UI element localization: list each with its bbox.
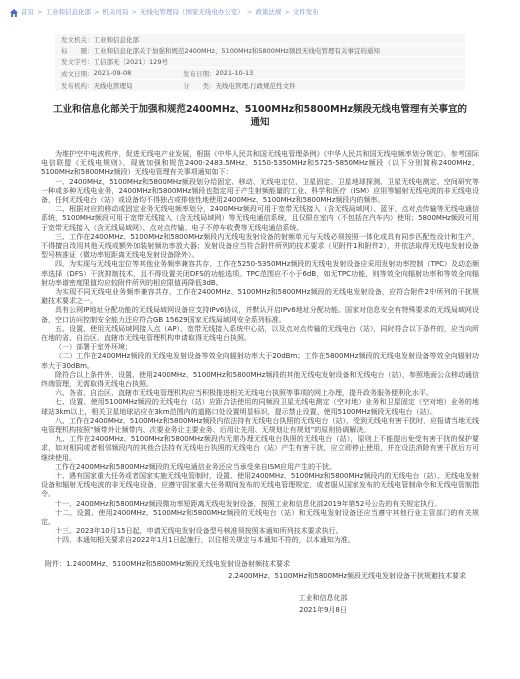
breadcrumb-item-home[interactable]: 首页 [21, 8, 34, 17]
breadcrumb-separator: > [131, 8, 136, 17]
paragraph: 一、2400MHz、5100MHz和5800MHz频段划分给固定、移动、无线电定… [41, 178, 479, 206]
paragraph: 八、工作在2400MHz、5100MHz和5800MHz频段内依法持有无线电台执… [41, 417, 479, 435]
signature-issuer: 工业和信息化部 [243, 592, 403, 604]
meta-value: 工信部无〔2021〕129号 [94, 57, 168, 66]
meta-value: 2021-09-08 [94, 69, 132, 78]
paragraph: （二）工作在2400MHz频段的无线电发射设备等效全向辐射功率大于20dBm；工… [41, 352, 479, 370]
paragraph: 为实现不同无线电业务频率兼容共存，工作在2400MHz、5100MHz和5800… [41, 288, 479, 306]
attachment-2: 2.2400MHz、5100MHz和5800MHz频段无线电发射设备干扰规避技术… [228, 572, 479, 581]
meta-label: 成文日期： [61, 69, 94, 78]
meta-row-issuing-agency: 发文机关： 工业和信息化部 [55, 34, 465, 45]
paragraph: 工作在2400MHz和5800MHz频段的无线电通信业务还应当承受来自ISM应用… [41, 463, 479, 472]
breadcrumb-separator: > [247, 8, 252, 17]
breadcrumb: 首页 > 工业和信息化部 > 机关司局 > 无线电管理局（国家无线电办公室） >… [0, 0, 520, 17]
meta-value: 无线电管理,行政规范性文件 [216, 81, 296, 90]
breadcrumb-item-policies[interactable]: 政策法规 [255, 8, 281, 17]
breadcrumb-item-departments[interactable]: 机关司局 [102, 8, 128, 17]
meta-value: 2021-10-13 [216, 69, 254, 78]
paragraph: 除符合以上条件外，设置、使用2400MHz、5100MHz和5800MHz频段的… [41, 371, 479, 389]
attachment-1: 附件：1.2400MHz、5100MHz和5800MHz频段无线电发射设备射频技… [41, 560, 479, 569]
meta-label: 标 题： [61, 46, 94, 55]
breadcrumb-separator: > [284, 8, 289, 17]
meta-label: 分 类： [183, 81, 216, 90]
attachments: 附件：1.2400MHz、5100MHz和5800MHz频段无线电发射设备射频技… [41, 560, 479, 581]
signature-block: 工业和信息化部 2021年9月8日 [243, 592, 403, 616]
meta-value: 工业和信息化部关于加强和规范2400MHz、5100MHz和5800MHz频段无… [94, 46, 380, 55]
paragraph: 四、为实现与无线电定位等其他业务频率兼容共存，工作在5250-5350MHz频段… [41, 260, 479, 288]
meta-label: 发文字号： [61, 57, 94, 66]
document-title: 工业和信息化部关于加强和规范2400MHz、5100MHz和5800MHz频段无… [49, 103, 471, 129]
paragraph: 九、工作在2400MHz、5100MHz和5800MHz频段内无需办理无线电台执… [41, 435, 479, 463]
meta-value: 无线电管理局 [94, 81, 133, 90]
home-icon[interactable] [10, 9, 18, 17]
breadcrumb-item-radio-bureau[interactable]: 无线电管理局（国家无线电办公室） [140, 8, 244, 17]
breadcrumb-item-document-release[interactable]: 文件发布 [293, 8, 319, 17]
meta-row-title: 标 题： 工业和信息化部关于加强和规范2400MHz、5100MHz和5800M… [55, 45, 465, 56]
paragraph: 三、工作在2400MHz、5100MHz和5800MHz频段内无线电发射设备的射… [41, 233, 479, 261]
breadcrumb-separator: > [94, 8, 99, 17]
paragraph: 具有公网IP地址分配功能的无线局域网设备应支持IPv6协议，并默认开启IPv6地… [41, 306, 479, 324]
meta-row-dates: 成文日期： 2021-09-08 发布日期： 2021-10-13 [55, 68, 465, 79]
breadcrumb-item-miit[interactable]: 工业和信息化部 [45, 8, 91, 17]
meta-label: 发文机关： [61, 35, 94, 44]
paragraph: 二、根据对应的移动或固定业务无线电频率划分，2400MHz频段可用于宽带无线接入… [41, 205, 479, 233]
paragraph: 七、设置、使用5100MHz频段的无线电台（站）应距合法使用的同频段卫星无线电测… [41, 398, 479, 416]
meta-label: 发布机构： [61, 81, 94, 90]
paragraph: 五、设置、使用无线局域网接入点（AP）、宽带无线接入系统中心站，以及点对点传输的… [41, 325, 479, 343]
paragraph: 十二、设置、使用2400MHz、5100MHz和5800MHz频段的无线电台（站… [41, 509, 479, 527]
breadcrumb-separator: > [37, 8, 42, 17]
paragraph: 为维护空中电波秩序，促进无线电产业发展，根据《中华人民共和国无线电管理条例》《中… [41, 150, 479, 178]
document-meta-table: 发文机关： 工业和信息化部 标 题： 工业和信息化部关于加强和规范2400MHz… [55, 34, 465, 91]
meta-row-doc-number: 发文字号： 工信部无〔2021〕129号 [55, 57, 465, 68]
paragraph: 十、遇有国家重大任务或者国家实施无线电管制时，设置、使用2400MHz、5100… [41, 472, 479, 500]
paragraph: 十一、2400MHz和5800MHz频段微功率短距离无线电发射设备，按照工业和信… [41, 500, 479, 509]
meta-row-publisher-category: 发布机构： 无线电管理局 分 类： 无线电管理,行政规范性文件 [55, 80, 465, 91]
signature-date: 2021年9月8日 [243, 604, 403, 616]
page-content: 发文机关： 工业和信息化部 标 题： 工业和信息化部关于加强和规范2400MHz… [0, 34, 520, 616]
document-body: 为维护空中电波秩序，促进无线电产业发展，根据《中华人民共和国无线电管理条例》《中… [41, 150, 479, 546]
paragraph: 十四、本通知相关要求自2022年1月1日起施行，以往相关规定与本通知不符的，以本… [41, 536, 479, 545]
meta-label: 发布日期： [183, 69, 216, 78]
meta-value: 工业和信息化部 [94, 35, 140, 44]
